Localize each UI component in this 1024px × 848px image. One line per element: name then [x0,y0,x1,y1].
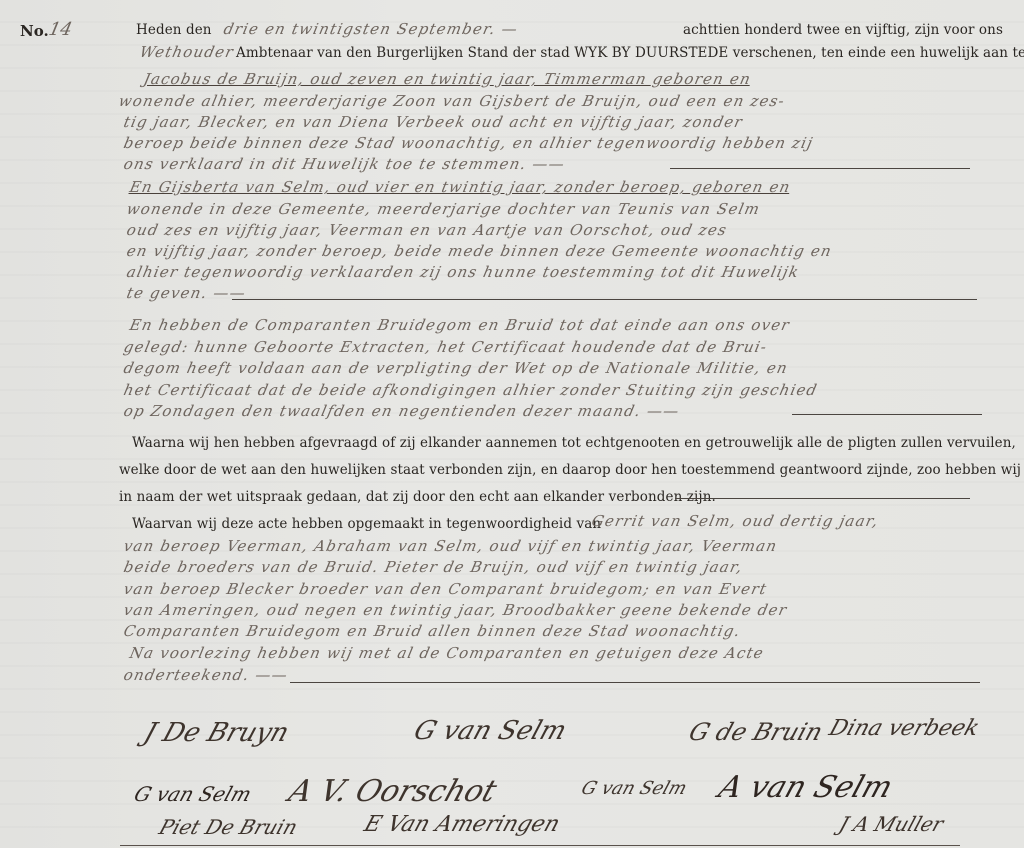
handwritten-official-title: Wethouder [138,43,236,61]
signature: G van Selm [131,782,255,806]
handwritten-line: van beroep Veerman, Abraham van Selm, ou… [122,537,779,555]
handwritten-line: beroep beide binnen deze Stad woonachtig… [122,134,815,152]
signature: Piet De Bruin [156,815,301,839]
printed-text: Heden den [136,22,212,38]
handwritten-line: tig jaar, Blecker, en van Diena Verbeek … [122,113,745,131]
printed-text: welke door de wet aan den huwelijken sta… [119,462,1021,478]
handwritten-line: het Certificaat dat de beide afkondiging… [122,381,819,399]
signature: G de Bruin [685,718,826,746]
signature: A van Selm [714,770,897,805]
record-number-value: 14 [47,19,74,40]
signature: G van Selm [410,716,570,746]
handwritten-line: wonende in deze Gemeente, meerderjarige … [125,200,762,218]
handwritten-line: van beroep Blecker broeder van den Compa… [122,580,769,598]
signature: A V. Oorschot [284,774,501,809]
handwritten-line: Na voorlezing hebben wij met al de Compa… [128,644,766,662]
marriage-record-page: No. 14 Heden den drie en twintigsten Sep… [0,0,1024,848]
signature: G van Selm [579,778,690,799]
handwritten-line: te geven. —— [125,284,248,302]
fill-rule [290,682,980,683]
handwritten-line: Comparanten Bruidegom en Bruid allen bin… [122,622,743,640]
handwritten-witness-line: Gerrit van Selm, oud dertig jaar, [590,512,881,530]
handwritten-line: op Zondagen den twaalfden en negentiende… [122,402,681,420]
handwritten-line: wonende alhier, meerderjarige Zoon van G… [117,92,787,110]
fill-rule [232,299,977,300]
handwritten-groom-line: Jacobus de Bruijn, oud zeven en twintig … [142,70,753,88]
handwritten-line: ons verklaard in dit Huwelijk toe te ste… [122,155,567,173]
fill-rule [670,168,970,169]
signature: E Van Ameringen [361,812,563,837]
bottom-rule [120,845,960,846]
printed-text: in naam der wet uitspraak gedaan, dat zi… [119,489,716,505]
printed-text: Ambtenaar van den Burgerlijken Stand der… [236,45,1024,61]
fill-rule [792,414,982,415]
signature: J De Bruyn [140,718,293,748]
handwritten-line: onderteekend. —— [122,666,290,684]
handwritten-line: gelegd: hunne Geboorte Extracten, het Ce… [122,338,769,356]
handwritten-line: alhier tegenwoordig verklaarden zij ons … [125,263,801,281]
handwritten-line: oud zes en vijftig jaar, Veerman en van … [125,221,729,239]
signature: Dina verbeek [826,716,982,741]
fill-rule [675,498,970,499]
handwritten-line: en vijftig jaar, zonder beroep, beide me… [125,242,834,260]
printed-text: Waarvan wij deze acte hebben opgemaakt i… [132,516,601,532]
printed-text: achttien honderd twee en vijftig, zijn v… [683,22,1003,38]
handwritten-line: En hebben de Comparanten Bruidegom en Br… [128,316,792,334]
handwritten-line: van Ameringen, oud negen en twintig jaar… [122,601,789,619]
printed-text: Waarna wij hen hebben afgevraagd of zij … [132,435,1016,451]
handwritten-line: degom heeft voldaan aan de verpligting d… [122,359,790,377]
record-number-label: No. [20,22,49,40]
signature: J A Muller [836,812,947,836]
handwritten-line: beide broeders van de Bruid. Pieter de B… [122,558,745,576]
handwritten-bride-line: En Gijsberta van Selm, oud vier en twint… [128,178,792,196]
handwritten-date: drie en twintigsten September. — [222,20,520,38]
